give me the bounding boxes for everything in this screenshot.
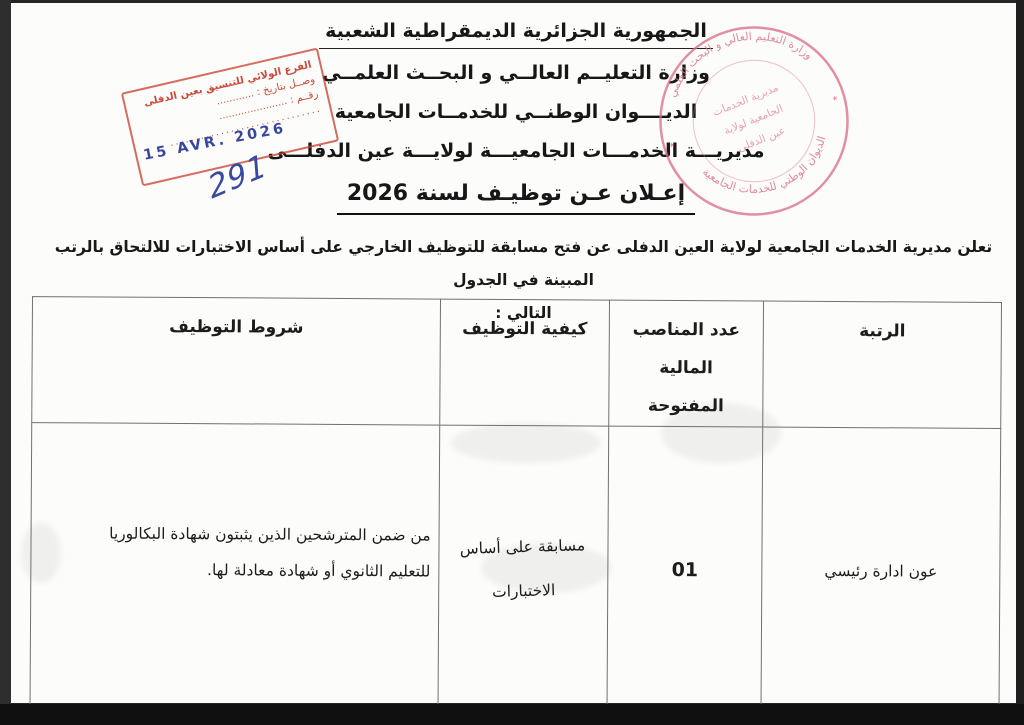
announcement-title: إعـلان عـن توظيـف لسنة 2026 bbox=[337, 181, 695, 215]
column-header-rank: الرتبة bbox=[763, 301, 1002, 428]
cell-method-line2: الاختبارات bbox=[492, 581, 556, 601]
table-header-row: الرتبة عدد المناصب المالية المفتوحة كيفي… bbox=[32, 297, 1002, 429]
cell-conditions: من ضمن المترشحين الذين يثبتون شهادة البك… bbox=[30, 423, 440, 712]
scan-edge-left bbox=[0, 0, 11, 725]
cell-positions-count: 01 bbox=[607, 426, 763, 714]
cell-method-text: مسابقة على أساس الاختبارات bbox=[459, 523, 587, 615]
scan-edge-bottom bbox=[0, 704, 1024, 725]
intro-line-1: تعلن مديرية الخدمات الجامعية لولاية العي… bbox=[31, 231, 1016, 297]
column-header-positions-line1: عدد المناصب المالية bbox=[610, 311, 761, 388]
column-header-method: كيفية التوظيف bbox=[440, 299, 610, 426]
scanned-page-frame: الجمهورية الجزائرية الديمقراطية الشعبية … bbox=[0, 0, 1024, 725]
recruitment-table: الرتبة عدد المناصب المالية المفتوحة كيفي… bbox=[29, 296, 1002, 716]
stamp-ring-bottom-text: الديوان الوطني للخدمات الجامعية bbox=[698, 131, 839, 211]
table-row: عون ادارة رئيسي 01 مسابقة على أساس الاخت… bbox=[30, 423, 1001, 716]
cell-method-line1: مسابقة على أساس bbox=[460, 536, 586, 558]
recruitment-table-wrapper: الرتبة عدد المناصب المالية المفتوحة كيفي… bbox=[29, 296, 1002, 716]
column-header-positions-line2: المفتوحة bbox=[610, 387, 761, 426]
document-sheet: الجمهورية الجزائرية الديمقراطية الشعبية … bbox=[11, 3, 1016, 703]
column-header-conditions: شروط التوظيف bbox=[32, 297, 441, 425]
cell-method: مسابقة على أساس الاختبارات bbox=[438, 425, 609, 713]
column-header-positions: عدد المناصب المالية المفتوحة bbox=[609, 300, 764, 427]
scan-edge-right bbox=[1016, 0, 1024, 725]
stamp-star-left-icon: ٭ bbox=[667, 137, 677, 152]
stamp-star-right-icon: ٭ bbox=[830, 90, 840, 105]
header-ministry-line: وزارة التعليــم العالــي و البحــث العلم… bbox=[11, 61, 1021, 85]
cell-rank: عون ادارة رئيسي bbox=[761, 427, 1001, 715]
